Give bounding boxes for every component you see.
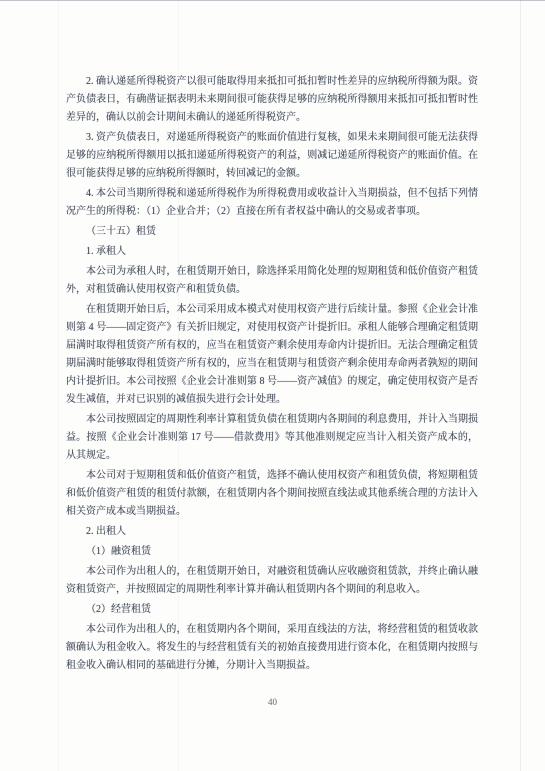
page-content: 2. 确认递延所得税资产以很可能取得用来抵扣可抵扣暂时性差异的应纳税所得额为限。… [66, 73, 478, 677]
subsection-heading-lessee: 1. 承租人 [66, 243, 478, 261]
paragraph-finance-lease: 本公司作为出租人的，在租赁期开始日，对融资租赁确认应收融资租赁款，并终止确认融资… [66, 563, 478, 599]
paragraph-operating-lease: 本公司作为出租人的，在租赁期内各个期间，采用直线法的方法，将经营租赁的租赁收款额… [66, 621, 478, 675]
subheading-finance-lease: （1）融资租赁 [66, 543, 478, 561]
page-number: 40 [0, 696, 545, 708]
paragraph-lessee-initial-recognition: 本公司为承租人时，在租赁期开始日，除选择采用简化处理的短期租赁和低价值资产租赁外… [66, 263, 478, 299]
document-page: 2. 确认递延所得税资产以很可能取得用来抵扣可抵扣暂时性差异的应纳税所得额为限。… [0, 0, 545, 771]
subheading-operating-lease: （2）经营租赁 [66, 601, 478, 619]
subsection-heading-lessor: 2. 出租人 [66, 523, 478, 541]
paragraph-deferred-tax-review: 3. 资产负债表日，对递延所得税资产的账面价值进行复核，如果未来期间很可能无法获… [66, 129, 478, 183]
paragraph-lessee-rou-asset-measurement: 在租赁期开始日后，本公司采用成本模式对使用权资产进行后续计量。参照《企业会计准则… [66, 301, 478, 409]
scan-artifact-vline-left [58, 0, 59, 771]
paragraph-lessee-short-term-lease: 本公司对于短期租赁和低价值资产租赁，选择不确认使用权资产和租赁负债，将短期租赁和… [66, 467, 478, 521]
paragraph-lessee-interest-expense: 本公司按照固定的周期性利率计算租赁负债在租赁期内各期间的利息费用，并计入当期损益… [66, 411, 478, 465]
section-heading-lease: （三十五）租赁 [66, 223, 478, 241]
scan-artifact-hline-lower [0, 0, 545, 1]
paragraph-deferred-tax-recognition: 2. 确认递延所得税资产以很可能取得用来抵扣可抵扣暂时性差异的应纳税所得额为限。… [66, 73, 478, 127]
scan-artifact-vline-right [520, 0, 521, 771]
paragraph-income-tax-expense: 4. 本公司当期所得税和递延所得税作为所得税费用或收益计入当期损益，但不包括下列… [66, 185, 478, 221]
